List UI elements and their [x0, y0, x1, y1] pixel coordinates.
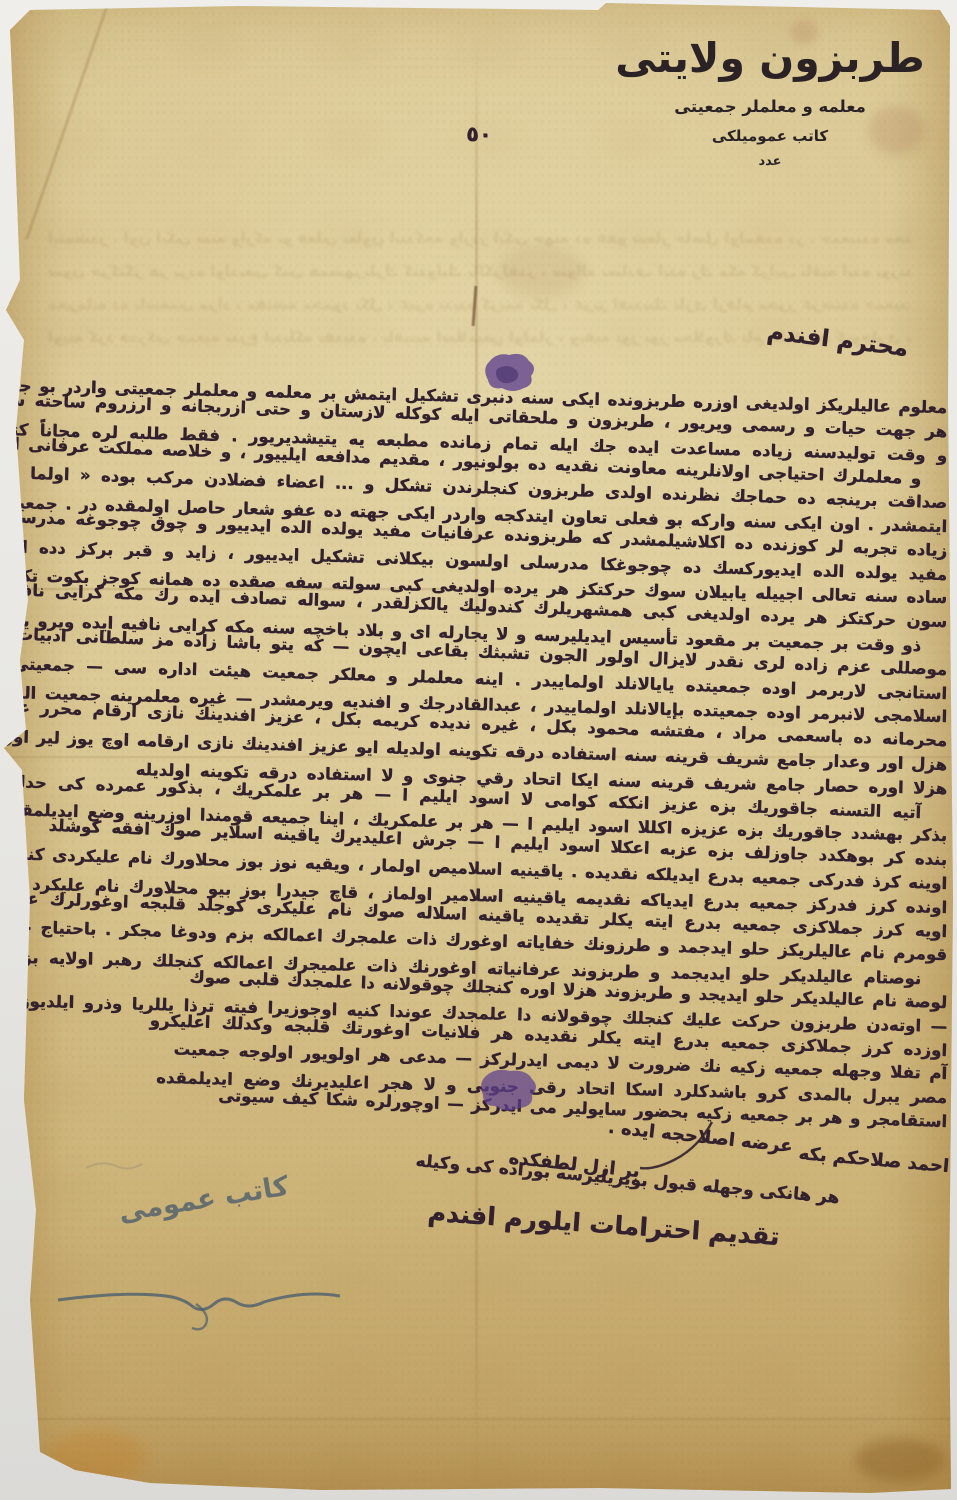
salutation: محترم افندم	[766, 319, 910, 362]
letterhead-subtitle: معلمه و معلملر جمعيتى	[605, 97, 935, 116]
pencil-flourish-tail	[192, 1304, 207, 1329]
pencil-scribble	[86, 1163, 142, 1168]
bleedthrough-line: محرمانه ده باسعمى مراد ، مفتشه محمود بكل…	[48, 288, 911, 321]
letter-paper: ايتمشدر . اون ايكى سنه واركه بو فعلى تعا…	[0, 0, 957, 1500]
paper-stain	[498, 244, 584, 298]
closing-signoff: تقديم احترامات ايلورم افندم	[427, 1197, 780, 1251]
bleedthrough-line: ايتمشدر . اون ايكى سنه واركه بو فعلى تعا…	[48, 222, 911, 255]
horizontal-fold-crease	[0, 1418, 957, 1420]
letterhead-office: كاتب عموميلكى	[605, 127, 935, 145]
handwritten-number: ٥٠	[466, 122, 492, 146]
letterhead: طربزون ولايتى معلمه و معلملر جمعيتى كاتب…	[605, 34, 935, 169]
closing-line: احمد صلاحكم بكه	[798, 1143, 950, 1177]
purple-ink-blot-core	[496, 366, 518, 383]
bleedthrough-line: سون حركتكز هر يرده اولديغى كبى همشهريلرك…	[48, 255, 911, 288]
letterhead-number-label: عدد	[605, 154, 935, 169]
pencil-signature-flourish	[58, 1294, 340, 1310]
paper-stain	[46, 1430, 146, 1486]
letter-body: معلوم عاليلريكز اولديغى اوزره طربزونده ا…	[12, 396, 947, 1134]
letterhead-title: طربزون ولايتى	[605, 34, 935, 82]
fold-crack	[472, 286, 478, 326]
paper-stain	[855, 1438, 945, 1482]
photograph-backdrop: { "colors":{"ink":"#33212d","paper":"#d7…	[0, 0, 957, 1500]
secretary-pencil-note: كاتب عمومى	[117, 1171, 291, 1228]
diagonal-corner-crease	[26, 0, 112, 240]
